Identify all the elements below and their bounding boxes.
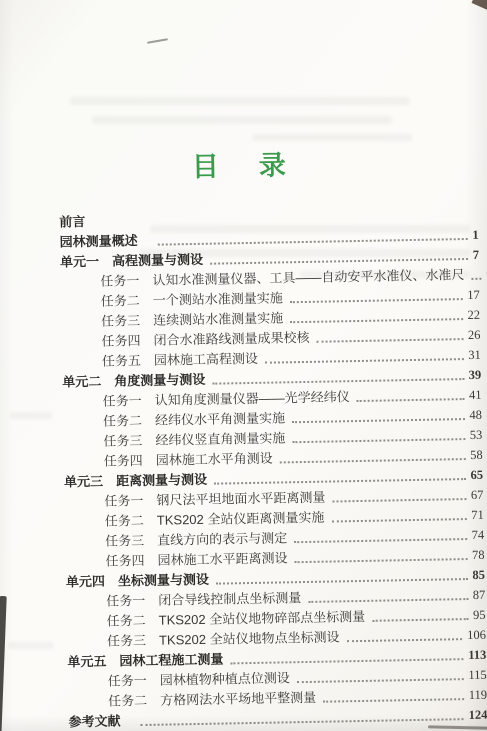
toc-entry-title: 钢尺法平坦地面水平距离测量 [156, 489, 325, 510]
toc-page-number: 95 [473, 607, 486, 624]
toc-page-number: 67 [471, 487, 484, 504]
toc-entry-label: 参考文献 [68, 712, 120, 731]
toc-page-number: 113 [468, 647, 486, 664]
toc-entry-label: 园林测量概述 [60, 232, 138, 251]
toc-page-number: 26 [468, 327, 481, 344]
toc-entry-title: TKS202 全站仪地物碎部点坐标测量 [159, 608, 366, 630]
dotted-leader [331, 518, 466, 522]
toc-page-number: 106 [467, 627, 486, 644]
dotted-leader [141, 718, 464, 726]
toc-page-number: 1 [472, 227, 479, 244]
toc-entry-label: 任务三 [103, 432, 142, 451]
toc-entry-label: 任务四 [105, 552, 144, 571]
toc-entry-label: 任务二 [108, 692, 147, 711]
toc-entry-label: 任务二 [101, 292, 140, 311]
dotted-leader [216, 578, 467, 585]
dotted-leader [295, 558, 467, 563]
toc-entry-title: 连续测站水准测量实施 [153, 309, 283, 329]
toc-entry-title: 高程测量与测设 [112, 251, 203, 271]
toc-entry-title: 园林施工水平距离测设 [157, 549, 287, 569]
toc-entry-title: TKS202 全站仪地物点坐标测设 [159, 628, 340, 649]
page-title: 目录 [0, 140, 483, 188]
toc-page-number: 58 [470, 447, 483, 464]
toc-entry-label: 任务四 [101, 332, 140, 351]
toc-entry-title: 园林施工水平角测设 [156, 450, 273, 470]
toc-entry-title: 闭合水准路线测量成果校核 [153, 329, 309, 350]
toc-entry-label: 单元五 [67, 653, 106, 672]
dotted-leader [347, 638, 463, 642]
toc-entry-label: 单元二 [62, 373, 101, 392]
toc-page-number: 17 [467, 287, 480, 304]
toc-entry-label: 任务四 [104, 452, 143, 471]
toc-entry-label: 单元四 [66, 573, 105, 592]
table-of-contents: 前言园林测量概述1单元一高程测量与测设7任务一认知水准测量仪器、工具——自动安平… [59, 204, 487, 731]
dotted-leader [265, 358, 463, 364]
toc-entry-label: 任务五 [102, 352, 141, 371]
toc-entry-label: 任务二 [105, 512, 144, 531]
toc-entry-label: 前言 [59, 213, 85, 231]
toc-page-number: 115 [468, 667, 487, 684]
toc-page-number: 41 [469, 387, 482, 404]
toc-page-number: 39 [469, 367, 482, 384]
dotted-leader [212, 378, 463, 385]
dotted-leader [230, 658, 463, 664]
toc-entry-title: 距离测量与测设 [116, 471, 207, 491]
toc-entry-label: 任务三 [101, 312, 140, 331]
toc-page-number: 124 [469, 707, 487, 724]
dotted-leader [333, 498, 466, 502]
toc-entry-title: 角度测量与测设 [114, 371, 205, 391]
toc-entry-label: 任务三 [107, 632, 146, 651]
toc-entry-title: 坐标测量与测设 [118, 571, 209, 591]
toc-entry-label: 任务一 [106, 592, 145, 611]
toc-entry-title: 经纬仪竖直角测量实施 [155, 429, 285, 449]
scanned-book-page: { "page": { "title": "目录", "title_color"… [0, 0, 487, 731]
toc-entry-label: 单元三 [64, 473, 103, 492]
dotted-leader [317, 338, 463, 343]
toc-entry-label: 单元一 [60, 253, 99, 272]
dotted-leader [308, 598, 467, 603]
toc-entry-label: 任务一 [108, 672, 147, 691]
toc-entry-title: 经纬仪水平角测量实施 [155, 409, 285, 429]
toc-entry-label: 任务三 [105, 532, 144, 551]
dotted-leader [372, 618, 468, 622]
toc-page-number: 119 [469, 687, 487, 704]
toc-entry-title: 方格网法水平场地平整测量 [160, 689, 316, 710]
dotted-leader [471, 278, 481, 280]
toc-page-number: 48 [469, 407, 482, 424]
dotted-leader [292, 438, 464, 443]
toc-page-number: 85 [472, 567, 485, 584]
toc-entry-label: 任务一 [100, 272, 139, 291]
toc-page-number: 53 [470, 427, 483, 444]
dotted-leader [357, 398, 464, 402]
toc-page-number: 71 [471, 507, 484, 524]
toc-entry-label: 任务一 [104, 492, 143, 511]
toc-entry-title: 闭合导线控制点坐标测量 [158, 589, 301, 610]
dotted-leader [292, 418, 464, 423]
toc-entry-title: 园林植物种植点位测设 [160, 669, 290, 689]
dotted-leader [297, 678, 464, 683]
dotted-leader [294, 538, 466, 543]
toc-entry-title: 直线方向的表示与测定 [157, 529, 287, 549]
paper-background: 目录 前言园林测量概述1单元一高程测量与测设7任务一认知水准测量仪器、工具——自… [0, 0, 487, 731]
toc-page-number: 74 [471, 527, 484, 544]
toc-entry-title: 一个测站水准测量实施 [153, 289, 283, 309]
toc-page-number: 78 [472, 547, 485, 564]
toc-entry-label: 任务一 [102, 392, 141, 411]
toc-entry-title: TKS202 全站仪距离测量实施 [157, 509, 325, 530]
toc-entry-title: 认知角度测量仪器——光学经纬仪 [154, 388, 349, 410]
dotted-leader [290, 298, 462, 303]
dotted-leader [280, 458, 465, 463]
toc-page-number: 31 [468, 347, 481, 364]
page-content: 目录 前言园林测量概述1单元一高程测量与测设7任务一认知水准测量仪器、工具——自… [0, 0, 487, 731]
toc-entry-title: 园林施工高程测设 [154, 350, 258, 370]
toc-page-number: 65 [470, 467, 483, 484]
toc-entry-label: 任务二 [103, 412, 142, 431]
dotted-leader [214, 478, 465, 485]
toc-entry-title: 园林工程施工测量 [119, 651, 223, 671]
toc-page-number: 22 [467, 307, 480, 324]
dotted-leader [290, 318, 462, 323]
toc-page-number: 87 [473, 587, 486, 604]
toc-page-number: 7 [473, 247, 480, 264]
toc-entry-label: 任务二 [107, 612, 146, 631]
dotted-leader [323, 698, 464, 703]
